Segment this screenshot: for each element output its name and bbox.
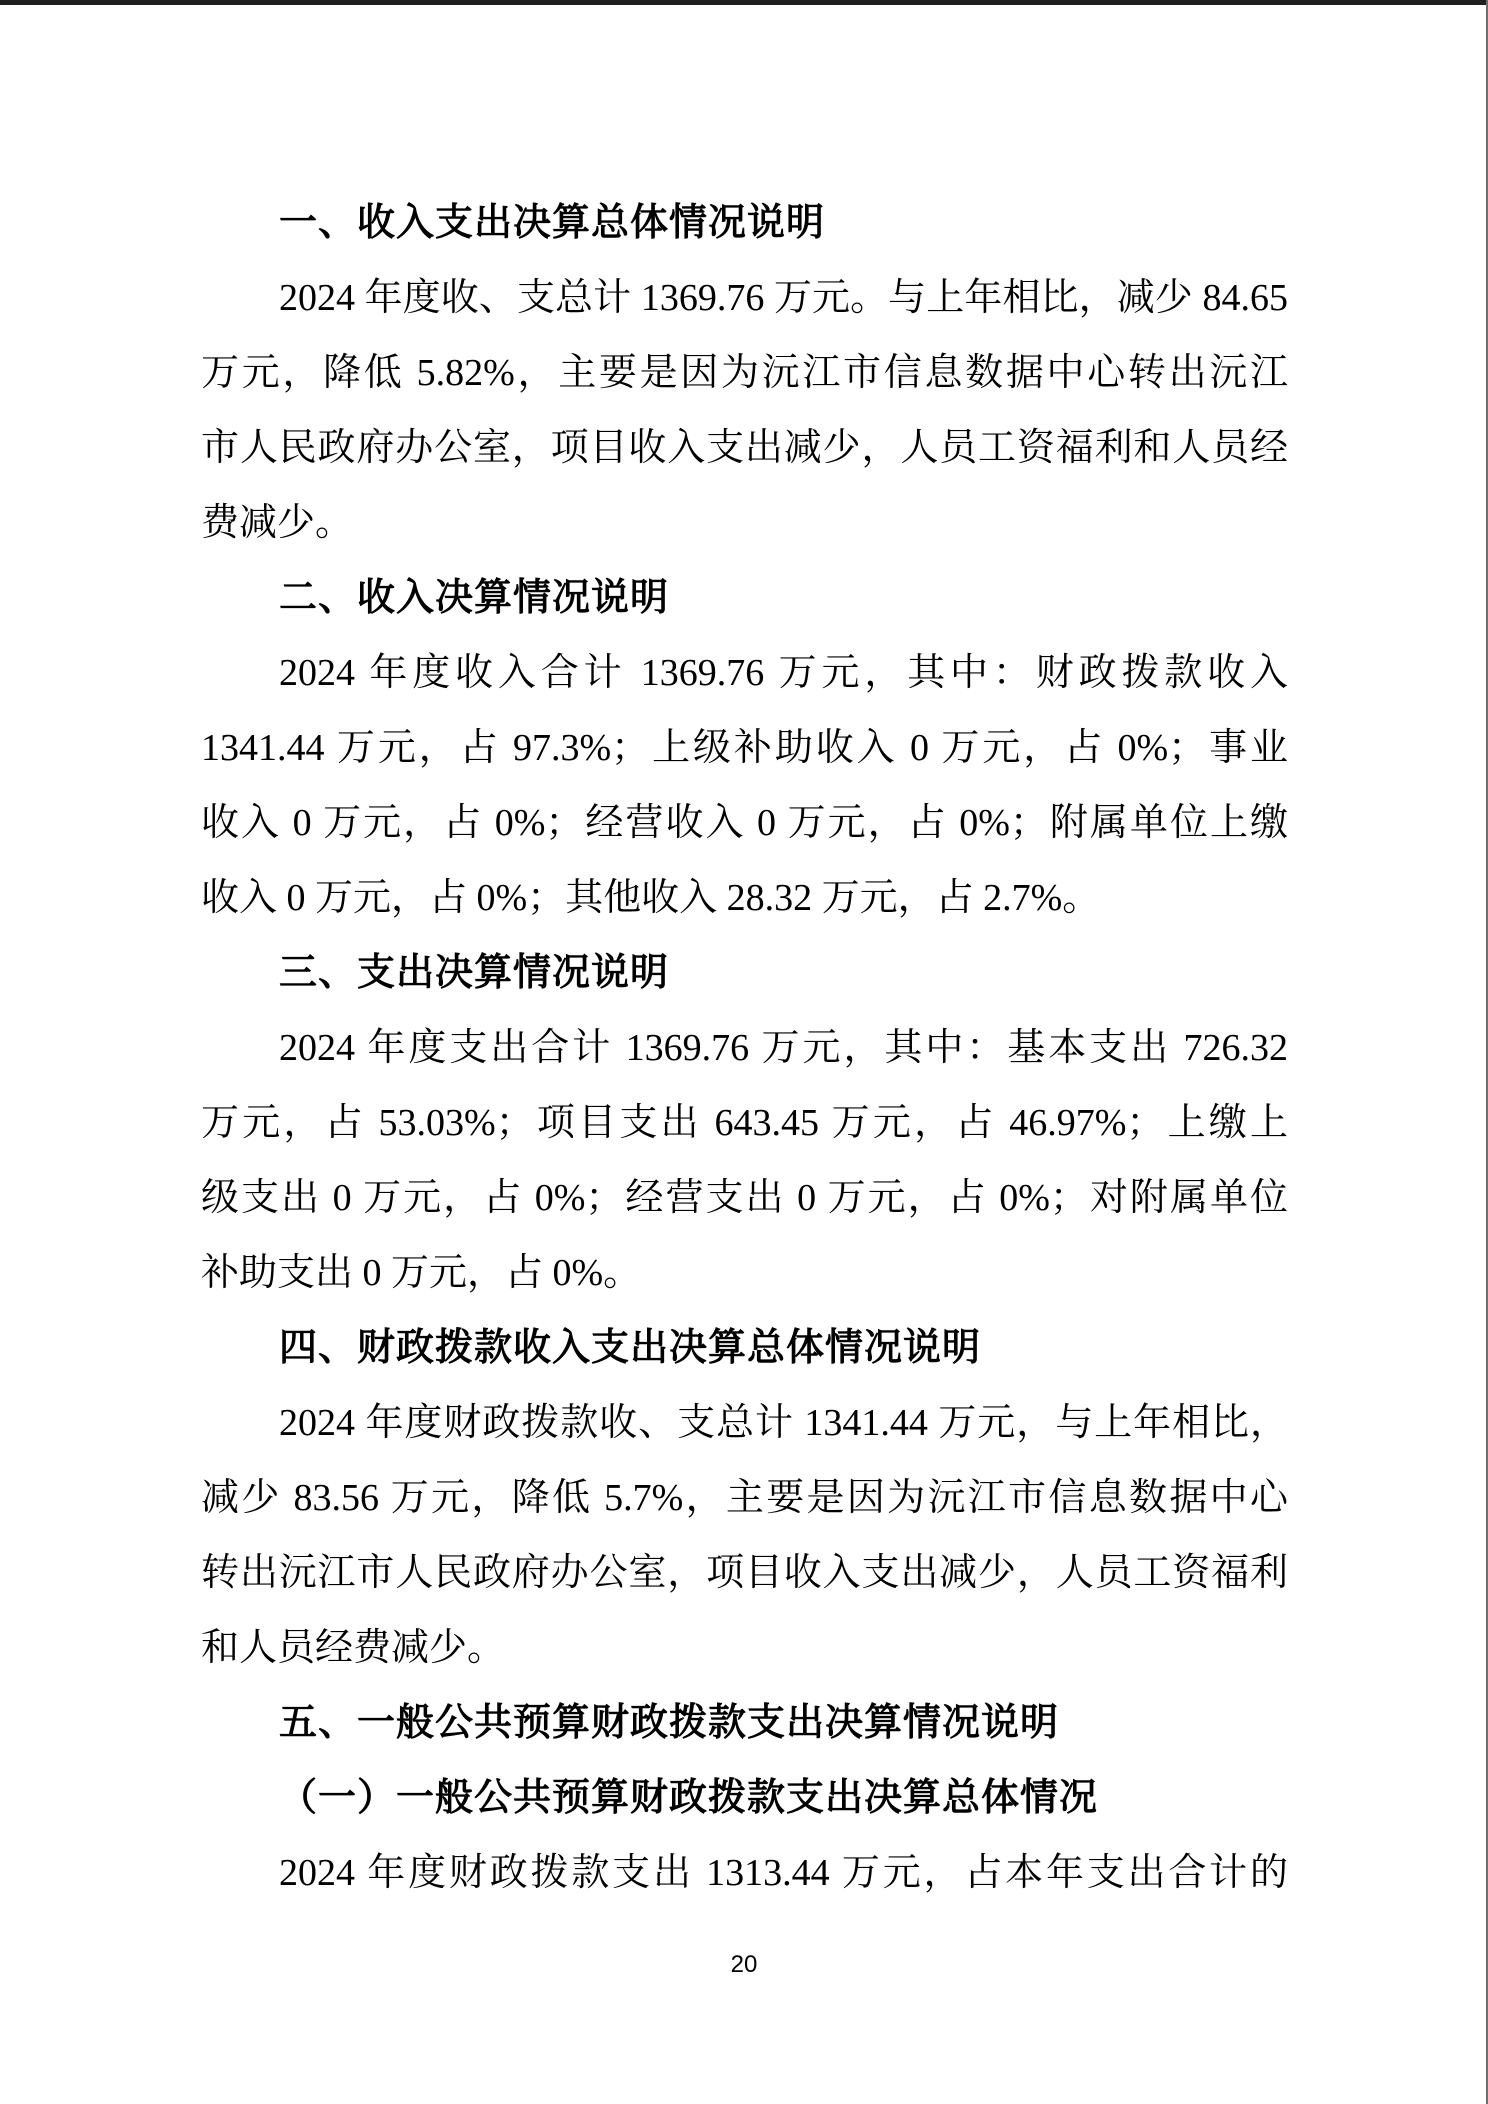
paragraph-line: 级支出 0 万元，占 0%；经营支出 0 万元，占 0%；对附属单位 (201, 1161, 1288, 1236)
paragraph-line: 收入 0 万元，占 0%；其他收入 28.32 万元，占 2.7%。 (201, 861, 1288, 936)
paragraph-line: 万元，降低 5.82%，主要是因为沅江市信息数据中心转出沅江 (201, 336, 1288, 411)
document-body: 一、收入支出决算总体情况说明 2024 年度收、支总计 1369.76 万元。与… (201, 186, 1288, 1911)
paragraph-line: 2024 年度收、支总计 1369.76 万元。与上年相比，减少 84.65 (201, 261, 1288, 336)
section-heading-5: 五、一般公共预算财政拨款支出决算情况说明 (201, 1686, 1288, 1761)
section-heading-2: 二、收入决算情况说明 (201, 561, 1288, 636)
paragraph-line: 2024 年度财政拨款收、支总计 1341.44 万元，与上年相比， (201, 1386, 1288, 1461)
sub-heading-5-1: （一）一般公共预算财政拨款支出决算总体情况 (201, 1761, 1288, 1836)
page-number: 20 (0, 1950, 1488, 1980)
paragraph-line: 1341.44 万元，占 97.3%；上级补助收入 0 万元，占 0%；事业 (201, 711, 1288, 786)
paragraph-line: 减少 83.56 万元，降低 5.7%，主要是因为沅江市信息数据中心 (201, 1461, 1288, 1536)
section-heading-3: 三、支出决算情况说明 (201, 936, 1288, 1011)
paragraph-line: 费减少。 (201, 486, 1288, 561)
paragraph-line: 2024 年度财政拨款支出 1313.44 万元，占本年支出合计的 (201, 1836, 1288, 1911)
paragraph-line: 2024 年度支出合计 1369.76 万元，其中：基本支出 726.32 (201, 1011, 1288, 1086)
paragraph-line: 万元，占 53.03%；项目支出 643.45 万元，占 46.97%；上缴上 (201, 1086, 1288, 1161)
page-top-border (0, 0, 1488, 5)
section-heading-1: 一、收入支出决算总体情况说明 (201, 186, 1288, 261)
section-heading-4: 四、财政拨款收入支出决算总体情况说明 (201, 1311, 1288, 1386)
paragraph-line: 补助支出 0 万元，占 0%。 (201, 1236, 1288, 1311)
paragraph-line: 转出沅江市人民政府办公室，项目收入支出减少，人员工资福利 (201, 1536, 1288, 1611)
paragraph-line: 收入 0 万元，占 0%；经营收入 0 万元，占 0%；附属单位上缴 (201, 786, 1288, 861)
paragraph-line: 和人员经费减少。 (201, 1611, 1288, 1686)
paragraph-line: 2024 年度收入合计 1369.76 万元，其中：财政拨款收入 (201, 636, 1288, 711)
paragraph-line: 市人民政府办公室，项目收入支出减少，人员工资福利和人员经 (201, 411, 1288, 486)
